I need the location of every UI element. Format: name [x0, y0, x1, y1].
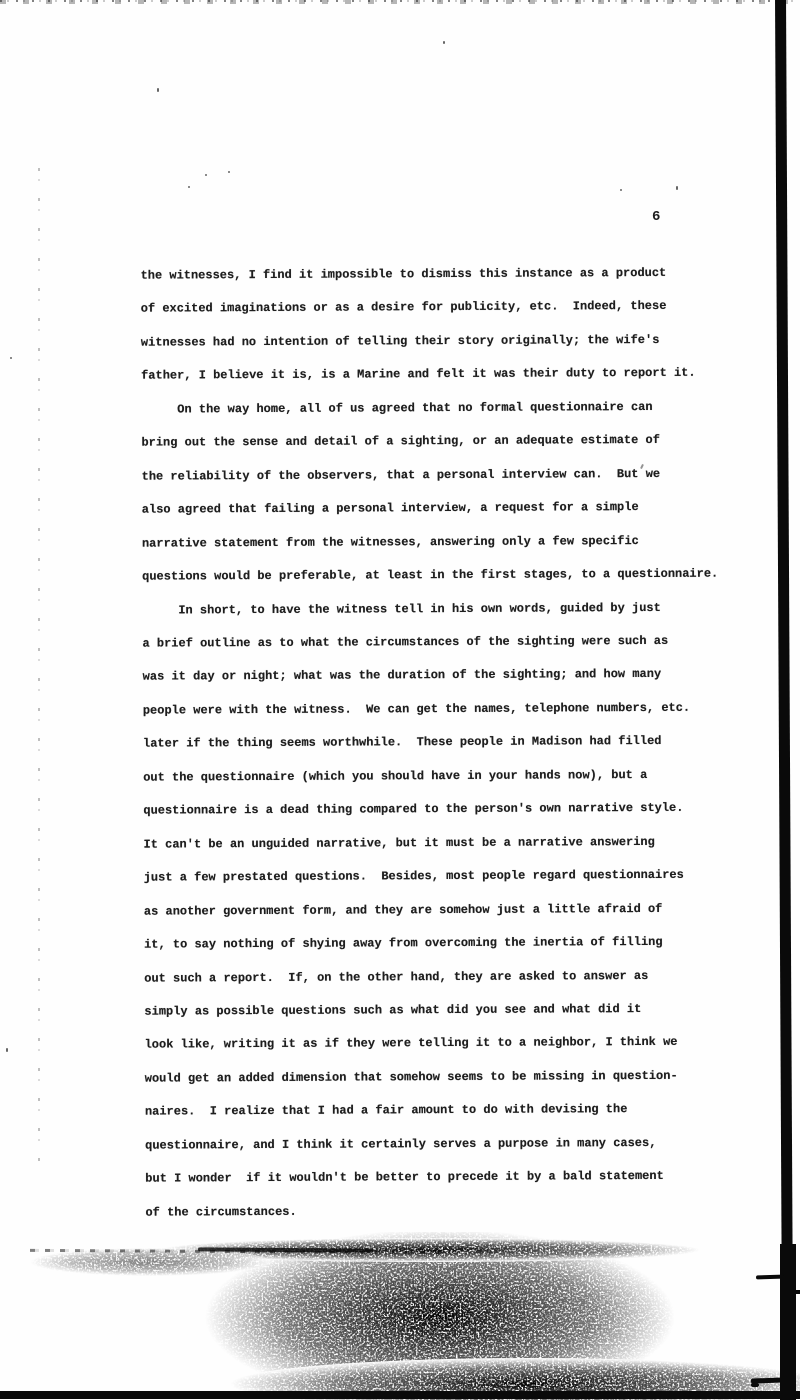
- typed-line: It can't be an unguided narrative, but i…: [143, 825, 763, 862]
- typed-line: was it day or night; what was the durati…: [143, 658, 763, 695]
- scan-artifact-tick-mark: [751, 1383, 759, 1387]
- typed-line: would get an added dimension that someho…: [145, 1059, 765, 1096]
- page-number: 6: [652, 209, 660, 225]
- scan-speck: [676, 186, 678, 190]
- typed-line: the reliability of the observers, that a…: [142, 457, 762, 494]
- typed-line: out such a report. If, on the other hand…: [144, 959, 764, 996]
- scan-speck: [620, 189, 622, 191]
- typed-line: later if the thing seems worthwhile. The…: [143, 725, 763, 762]
- typed-line: as another government form, and they are…: [144, 892, 764, 929]
- scan-speck: [205, 174, 207, 176]
- scan-smudge-noise: [0, 1232, 800, 1400]
- typed-line: also agreed that failing a personal inte…: [142, 491, 762, 528]
- typed-text-block: the witnesses, I find it impossible to d…: [140, 256, 765, 1229]
- typed-line: naires. I realize that I had a fair amou…: [145, 1093, 765, 1130]
- typed-line: questions would be preferable, at least …: [142, 557, 762, 594]
- typed-line: questionnaire, and I think it certainly …: [145, 1126, 765, 1163]
- typed-line: of the circumstances.: [145, 1193, 765, 1230]
- scan-artifact-bottom-edge-bar: [0, 1391, 800, 1399]
- typed-line: out the questionnaire (which you should …: [143, 758, 763, 795]
- typed-line: it, to say nothing of shying away from o…: [144, 925, 764, 962]
- scan-speck: [157, 88, 159, 92]
- typed-line: questionnaire is a dead thing compared t…: [143, 792, 763, 829]
- scan-speck: [443, 41, 445, 44]
- typed-line: look like, writing it as if they were te…: [144, 1026, 764, 1063]
- scan-speck: [228, 171, 230, 173]
- typed-line: the witnesses, I find it impossible to d…: [140, 256, 760, 293]
- scan-noise-top-edge: [0, 0, 800, 4]
- scan-artifact-left-dotted-line: [38, 168, 40, 1163]
- typed-line: a brief outline as to what the circumsta…: [142, 624, 762, 661]
- typed-line: father, I believe it is, is a Marine and…: [141, 357, 761, 394]
- typed-line: of excited imaginations or as a desire f…: [141, 290, 761, 327]
- typed-line: simply as possible questions such as wha…: [144, 992, 764, 1029]
- scan-artifact-right-binder-bar: [775, 0, 793, 1400]
- typed-line: narrative statement from the witnesses, …: [142, 524, 762, 561]
- typed-line: bring out the sense and detail of a sigh…: [141, 424, 761, 461]
- typed-line: but I wonder if it wouldn't be better to…: [145, 1160, 765, 1197]
- scan-speck: [10, 357, 12, 359]
- scan-speck: [6, 1048, 8, 1052]
- typed-line: just a few prestated questions. Besides,…: [144, 859, 764, 896]
- scan-speck: [188, 186, 190, 188]
- typed-line: On the way home, all of us agreed that n…: [141, 390, 761, 427]
- scanned-document-page: 6 the witnesses, I find it impossible to…: [0, 0, 800, 1400]
- typed-line: In short, to have the witness tell in hi…: [142, 591, 762, 628]
- typed-line: people were with the witness. We can get…: [143, 691, 763, 728]
- typed-line: witnesses had no intention of telling th…: [141, 323, 761, 360]
- scan-artifact-tick-mark: [792, 1290, 800, 1294]
